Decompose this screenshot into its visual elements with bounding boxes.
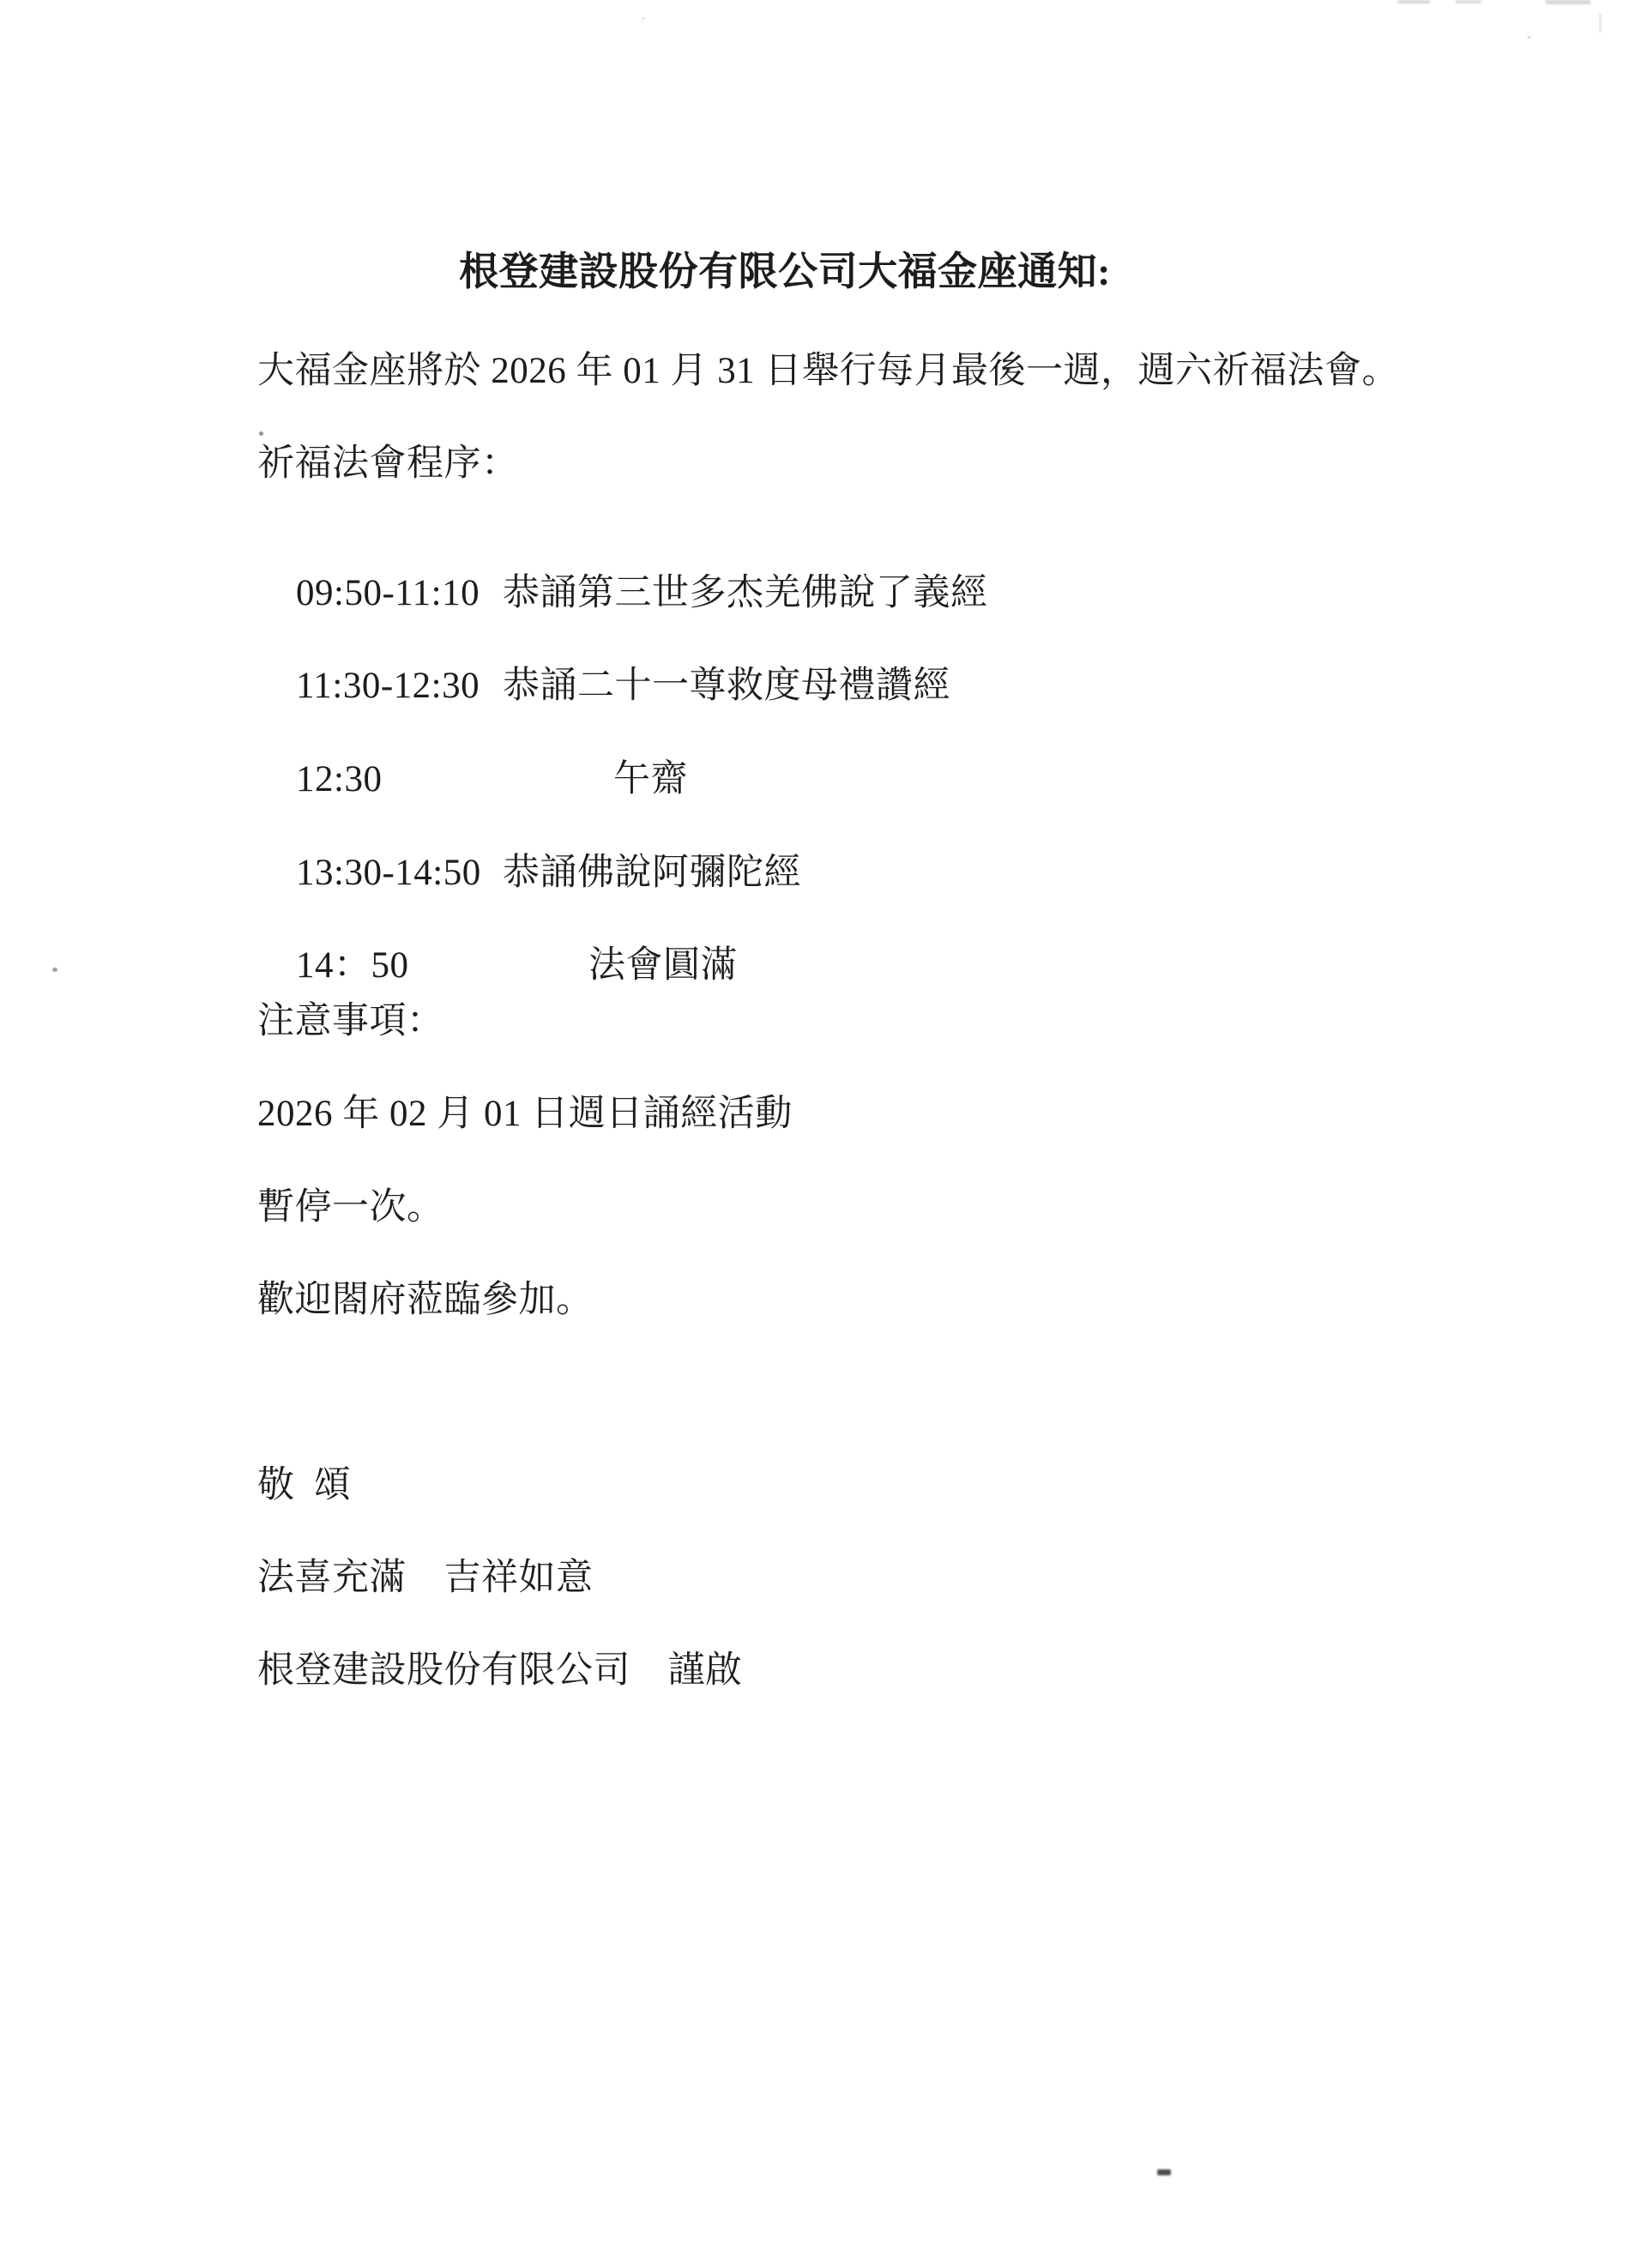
schedule-activity: 法會圓滿 (588, 945, 738, 986)
schedule-time: 12:30 (296, 761, 503, 798)
schedule-time: 11:30-12:30 (296, 667, 503, 704)
document-title: 根登建設股份有限公司大福金座通知: (257, 252, 1312, 292)
scan-artifact-streak (1456, 0, 1481, 3)
scanned-notice-page: 根登建設股份有限公司大福金座通知: 大福金座將於 2026 年 01 月 31 … (0, 0, 1647, 2268)
schedule-time: 09:50-11:10 (296, 575, 503, 612)
notes-heading: 注意事項： (257, 1003, 444, 1040)
scan-artifact-smudge (1157, 2169, 1171, 2175)
program-heading: 祈福法會程序： (257, 445, 519, 482)
schedule-activity: 恭誦第三世多杰羌佛說了義經 (503, 573, 988, 613)
closing-blessing: 法喜充滿 吉祥如意 (257, 1559, 594, 1596)
scan-artifact-speck (259, 431, 263, 436)
schedule-time: 13:30-14:50 (296, 854, 503, 891)
note-line-1: 2026 年 02 月 01 日週日誦經活動 (257, 1095, 793, 1132)
note-line-3: 歡迎閤府蒞臨參加。 (257, 1282, 594, 1318)
closing-signature: 根登建設股份有限公司 謹啟 (257, 1652, 743, 1689)
schedule-time: 14：50 (296, 947, 503, 984)
schedule-activity: 恭誦二十一尊救度母禮讚經 (503, 666, 950, 706)
schedule-activity: 午齋 (613, 759, 688, 799)
scan-artifact-tick (1599, 14, 1602, 33)
scan-artifact-speck (642, 17, 645, 20)
scan-artifact-streak (1397, 0, 1430, 3)
scan-artifact-streak (1546, 0, 1590, 4)
scan-artifact-speck (1527, 36, 1531, 39)
schedule-activity: 恭誦佛說阿彌陀經 (503, 853, 801, 893)
closing-salute: 敬 頌 (257, 1467, 352, 1504)
scan-artifact-speck (52, 968, 57, 972)
note-line-2: 暫停一次。 (257, 1189, 444, 1226)
intro-line: 大福金座將於 2026 年 01 月 31 日舉行每月最後一週，週六祈福法會。 (257, 353, 1399, 389)
